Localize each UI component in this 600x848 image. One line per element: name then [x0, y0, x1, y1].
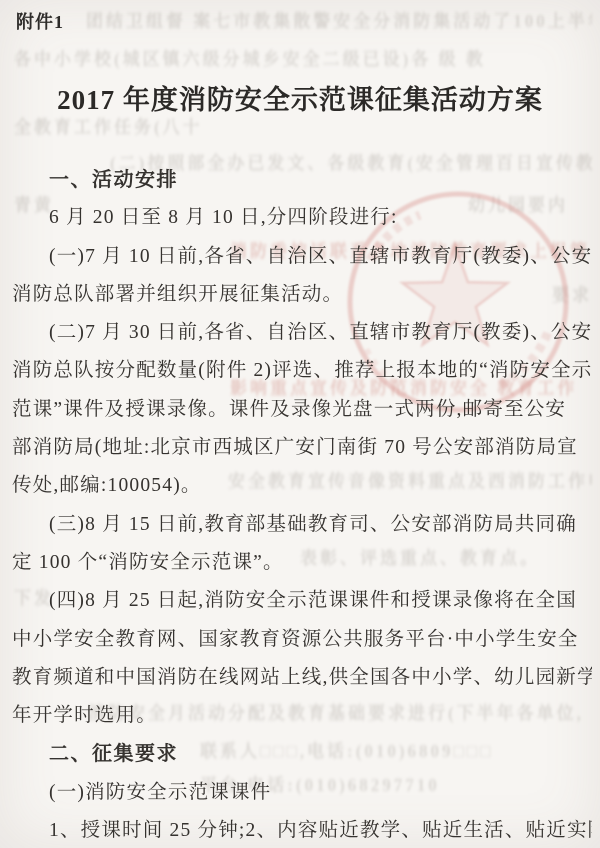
document-line: 消防总队按分配数量(附件 2)评选、推荐上报本地的“消防安全示 — [12, 352, 592, 390]
document-line: 范课”课件及授课录像。课件及录像光盘一式两份,邮寄至公安 — [12, 391, 592, 429]
document-line: 年开学时选用。 — [12, 697, 592, 735]
document-line: (二)7 月 30 日前,各省、自治区、直辖市教育厅(教委)、公安 — [12, 314, 592, 352]
document-line: 消防总队部署并组织开展征集活动。 — [12, 276, 592, 314]
document-line: 1、授课时间 25 分钟;2、内容贴近教学、贴近生活、贴近实际; — [12, 812, 592, 848]
document-line: 传处,邮编:100054)。 — [12, 467, 592, 505]
document-line: (四)8 月 25 日起,消防安全示范课课件和授课录像将在全国 — [12, 582, 592, 620]
document-line: 部消防局(地址:北京市西城区广安门南街 70 号公安部消防局宣 — [12, 429, 592, 467]
document-body: 一、活动安排6 月 20 日至 8 月 10 日,分四阶段进行:(一)7 月 1… — [12, 161, 592, 848]
document-content: 附件1 2017 年度消防安全示范课征集活动方案 一、活动安排6 月 20 日至… — [0, 0, 600, 848]
document-line: 定 100 个“消防安全示范课”。 — [12, 544, 592, 582]
document-line: 教育频道和中国消防在线网站上线,供全国各中小学、幼儿园新学 — [12, 659, 592, 697]
page-title: 2017 年度消防安全示范课征集活动方案 — [0, 78, 600, 117]
document-line: (一)消防安全示范课课件 — [12, 774, 592, 812]
document-line: 6 月 20 日至 8 月 10 日,分四阶段进行: — [12, 199, 592, 237]
attachment-label: 附件1 — [16, 8, 64, 34]
scanned-document-page: 团结卫组督 案七市教集散警安全分消防集活动了100上半年讯各中小学校(城区镇六级… — [0, 0, 600, 848]
document-line: 中小学安全教育网、国家教育资源公共服务平台·中小学生安全 — [12, 621, 592, 659]
document-line: 一、活动安排 — [12, 161, 592, 199]
document-line: (三)8 月 15 日前,教育部基础教育司、公安部消防局共同确 — [12, 506, 592, 544]
document-line: 二、征集要求 — [12, 735, 592, 773]
document-line: (一)7 月 10 日前,各省、自治区、直辖市教育厅(教委)、公安 — [12, 238, 592, 276]
